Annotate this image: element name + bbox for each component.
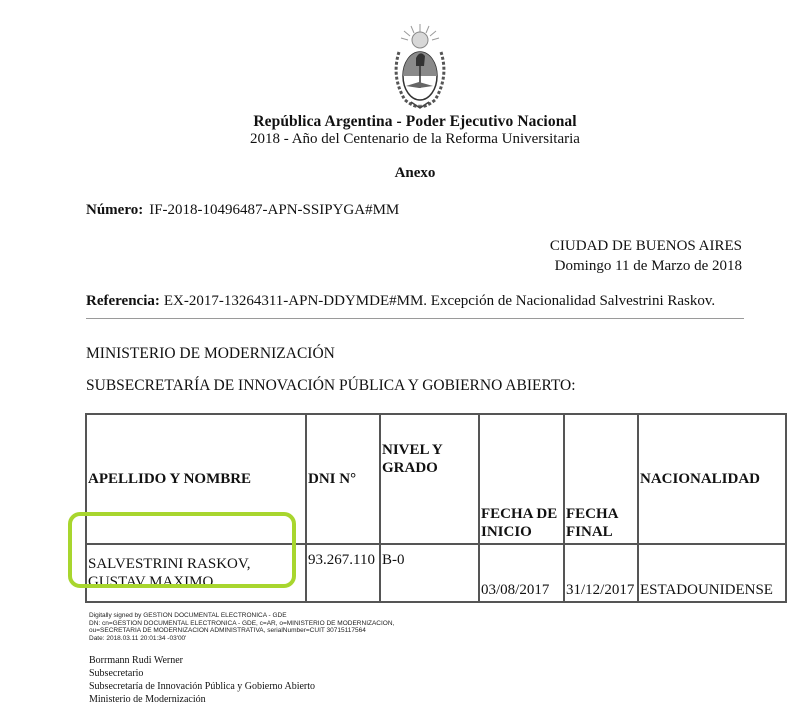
column-header-fecha-inicio: FECHA DE INICIO xyxy=(479,414,564,544)
signer-ministry: Ministerio de Modernización xyxy=(89,693,315,706)
signer-office: Subsecretaría de Innovación Pública y Go… xyxy=(89,680,315,693)
cell-fecha-final: 31/12/2017 xyxy=(564,544,638,602)
signer-block: Borrmann Rudi Werner Subsecretario Subse… xyxy=(89,654,315,706)
document-type: Anexo xyxy=(0,165,806,182)
digital-signature: Digitally signed by GESTION DOCUMENTAL E… xyxy=(89,612,394,642)
document-number-label: Número: xyxy=(86,202,143,218)
reference-value: EX-2017-13264311-APN-DDYMDE#MM. Excepció… xyxy=(164,293,715,309)
reference-label: Referencia: xyxy=(86,293,160,309)
document-number: Número:IF-2018-10496487-APN-SSIPYGA#MM xyxy=(86,202,399,219)
signature-line: ou=SECRETARIA DE MODERNIZACION ADMINISTR… xyxy=(89,627,394,635)
ministry-heading: MINISTERIO DE MODERNIZACIÓN xyxy=(86,345,335,363)
city: CIUDAD DE BUENOS AIRES xyxy=(550,238,742,255)
cell-apellido-nombre: SALVESTRINI RASKOV, GUSTAV MAXIMO xyxy=(86,544,306,602)
column-header-nacionalidad: NACIONALIDAD xyxy=(638,414,786,544)
signer-position: Subsecretario xyxy=(89,667,315,680)
signature-date: Date: 2018.03.11 20:01:34 -03'00' xyxy=(89,635,394,643)
annex-table: APELLIDO Y NOMBRE DNI N° NIVEL Y GRADO F… xyxy=(85,413,787,603)
header-title: República Argentina - Poder Ejecutivo Na… xyxy=(0,113,806,131)
signature-line: Digitally signed by GESTION DOCUMENTAL E… xyxy=(89,612,394,620)
header-subtitle: 2018 - Año del Centenario de la Reforma … xyxy=(0,131,806,148)
cell-dni: 93.267.110 xyxy=(306,544,380,602)
column-header-dni: DNI N° xyxy=(306,414,380,544)
cell-nacionalidad: ESTADOUNIDENSE xyxy=(638,544,786,602)
cell-fecha-inicio: 03/08/2017 xyxy=(479,544,564,602)
argentina-coat-of-arms-icon xyxy=(389,22,451,112)
signer-name: Borrmann Rudi Werner xyxy=(89,654,315,667)
column-header-apellido-nombre: APELLIDO Y NOMBRE xyxy=(86,414,306,544)
subsecretariat-heading: SUBSECRETARÍA DE INNOVACIÓN PÚBLICA Y GO… xyxy=(86,377,576,395)
column-header-fecha-final: FECHA FINAL xyxy=(564,414,638,544)
document-number-value: IF-2018-10496487-APN-SSIPYGA#MM xyxy=(149,202,399,218)
signature-line: DN: cn=GESTION DOCUMENTAL ELECTRONICA - … xyxy=(89,620,394,628)
document-date: Domingo 11 de Marzo de 2018 xyxy=(555,258,742,275)
divider xyxy=(86,318,744,319)
column-header-nivel-grado: NIVEL Y GRADO xyxy=(380,414,479,544)
table-header-row: APELLIDO Y NOMBRE DNI N° NIVEL Y GRADO F… xyxy=(86,414,786,544)
reference: Referencia:EX-2017-13264311-APN-DDYMDE#M… xyxy=(86,293,715,310)
table-row: SALVESTRINI RASKOV, GUSTAV MAXIMO 93.267… xyxy=(86,544,786,602)
cell-nivel-grado: B-0 xyxy=(380,544,479,602)
